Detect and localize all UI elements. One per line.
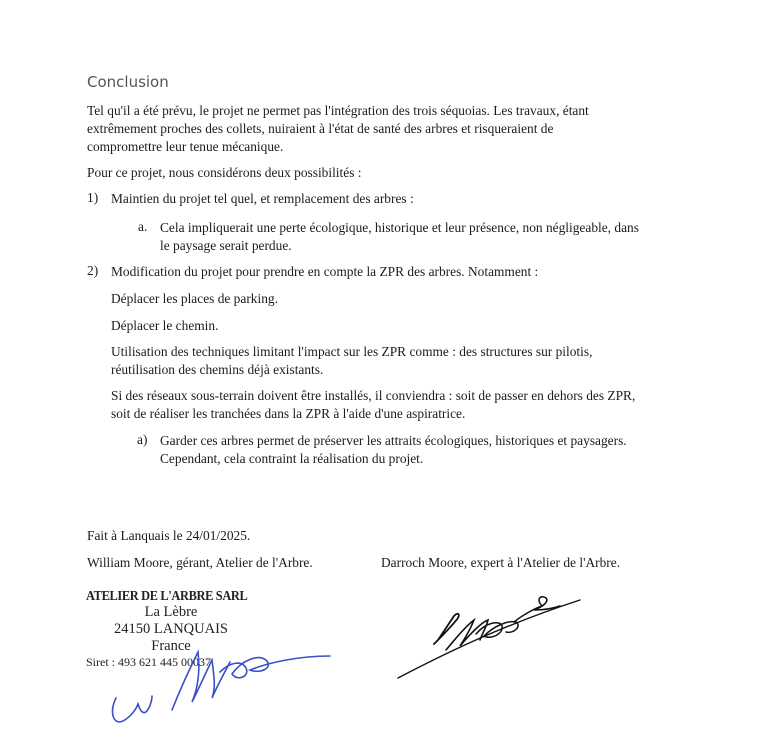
option-2-paragraph: Utilisation des techniques limitant l'im… [111, 343, 592, 361]
option-2-sub-line: Cependant, cela contraint la réalisation… [160, 450, 423, 468]
option-1-sub-line: Cela impliquerait une perte écologique, … [160, 219, 639, 237]
option-2-paragraph: Déplacer le chemin. [111, 317, 218, 335]
option-2-paragraph: Déplacer les places de parking. [111, 290, 278, 308]
section-heading: Conclusion [87, 73, 169, 91]
option-2-sub-line: Garder ces arbres permet de préserver le… [160, 432, 627, 450]
option-1-sub-line: le paysage serait perdue. [160, 237, 292, 255]
intro-line: extrêmement proches des collets, nuiraie… [87, 120, 553, 138]
option-2-paragraph: Si des réseaux sous-terrain doivent être… [111, 387, 635, 405]
signature-left-icon [80, 630, 340, 740]
list-number: 2) [87, 263, 98, 279]
signature-right-icon [390, 586, 590, 686]
possibilities-intro: Pour ce projet, nous considérons deux po… [87, 164, 361, 182]
intro-line: compromettre leur tenue mécanique. [87, 138, 283, 156]
stamp-company: ATELIER DE L'ARBRE SARL [86, 588, 261, 604]
option-1-text: Maintien du projet tel quel, et remplace… [111, 190, 414, 208]
option-2-paragraph: soit de réaliser les tranchées dans la Z… [111, 405, 465, 423]
signatory-right: Darroch Moore, expert à l'Atelier de l'A… [381, 554, 620, 572]
signatory-left: William Moore, gérant, Atelier de l'Arbr… [87, 554, 313, 572]
option-2-paragraph: réutilisation des chemins déjà existants… [111, 361, 323, 379]
list-number: 1) [87, 190, 98, 206]
option-2-text: Modification du projet pour prendre en c… [111, 263, 538, 281]
document-page: Conclusion Tel qu'il a été prévu, le pro… [0, 0, 780, 753]
stamp-street: La Lèbre [86, 604, 256, 621]
sub-marker: a. [138, 219, 147, 235]
place-date: Fait à Lanquais le 24/01/2025. [87, 527, 250, 545]
sub-marker: a) [137, 432, 147, 448]
intro-line: Tel qu'il a été prévu, le projet ne perm… [87, 102, 589, 120]
